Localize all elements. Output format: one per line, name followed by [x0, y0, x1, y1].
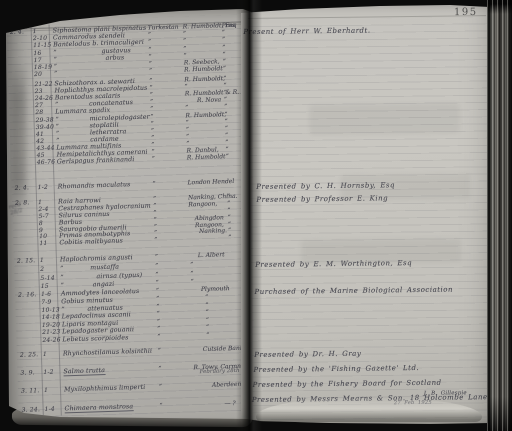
cell-source-subnote: February 28th: [199, 368, 239, 375]
right-page-content: Present of Herr W. Eberhardt.Presented b…: [248, 3, 495, 428]
cell-species-ditto: ”: [60, 265, 64, 272]
register-scan: 1924/5 recd 28/2 2. 4.1Siphostoma plani …: [0, 0, 512, 431]
acquisition-notes: Present of Herr W. Eberhardt.Presented b…: [248, 3, 490, 6]
cell-locality: ”: [156, 287, 159, 294]
cell-species-ditto: ”: [60, 274, 64, 281]
ink-bleed: [340, 173, 470, 201]
cell-locality: ”: [157, 333, 160, 340]
cell-number: 1: [43, 351, 47, 358]
cell-number: 28: [35, 109, 43, 116]
page-number-stamp: 195: [454, 7, 478, 18]
cell-gutter-ditto: ”: [223, 65, 226, 72]
cell-source: L. Albert: [198, 251, 225, 259]
cell-locality: ”: [156, 279, 159, 286]
cell-date: 3. 11.: [21, 387, 40, 395]
cell-locality: ”: [159, 402, 162, 409]
cell-locality: ”: [154, 236, 157, 243]
cell-species: Salmo trutta: [63, 367, 105, 376]
margin-shadow-smear: [12, 60, 26, 210]
cell-locality: ”: [149, 67, 152, 74]
cell-species: Haplochromis angusti: [60, 254, 133, 263]
cell-locality: ”: [158, 347, 161, 354]
cell-species-ditto: ”: [61, 282, 65, 289]
cell-locality: ”: [150, 105, 153, 112]
book-binding-edge: [487, 0, 512, 431]
cell-species: Rhynchostilamus kolsinthii: [63, 348, 152, 358]
cell-locality: ”: [159, 383, 162, 390]
book-gutter: [236, 0, 262, 431]
acquisition-note: Presented by Dr. H. Gray: [254, 350, 361, 359]
ruled-lines: [248, 17, 495, 424]
acquisition-note: Present of Herr W. Eberhardt.: [243, 27, 370, 37]
cell-number: 1-4: [45, 406, 55, 413]
cell-species: airnsa (typus): [96, 272, 142, 280]
cell-number: 11: [39, 240, 47, 247]
cell-species: Rhomandis maculatus: [58, 181, 131, 190]
cell-date: 2. 15.: [17, 257, 36, 265]
cell-locality: ”: [152, 180, 155, 187]
cell-source: ”: [191, 278, 194, 285]
cell-locality: ”: [152, 155, 155, 162]
cell-species: angazi: [93, 281, 115, 289]
cell-species: Gerlspagus frankinandi: [57, 156, 135, 165]
cell-source: ”: [205, 294, 208, 301]
cell-species: Myxilophthimus limperti: [64, 384, 146, 394]
cell-number: 5-14: [40, 275, 54, 282]
cell-source: — ?: [224, 400, 235, 407]
cell-number: 14-18: [42, 313, 61, 321]
cell-number: 1: [44, 387, 48, 394]
cell-number: 1-2: [38, 184, 48, 191]
ledger-rows: 2. 4.1Siphostoma plani bispinatusTurkest…: [6, 0, 252, 8]
cell-locality: ”: [158, 365, 161, 372]
cell-number: 24-26: [42, 336, 61, 344]
cell-date: 3. 24.: [22, 406, 41, 414]
cell-source: ”: [183, 37, 186, 44]
cell-species: ”: [54, 70, 58, 77]
cell-number: 20: [34, 71, 42, 78]
cell-number: 1: [40, 257, 44, 264]
cell-gutter-ditto: ”: [222, 36, 225, 43]
cell-number: 1-6: [41, 291, 51, 298]
cell-source: ”: [185, 104, 188, 111]
page-curl-highlight: [256, 398, 482, 422]
cell-number: 15: [41, 283, 49, 290]
cell-species: mustaffa: [90, 264, 119, 272]
note-signature: J. B. Gillespie: [424, 390, 467, 397]
cell-date: 2. 16.: [18, 291, 37, 299]
cell-gutter-ditto: ”: [228, 234, 231, 241]
cell-locality: ”: [156, 295, 159, 302]
left-page-content: 1924/5 recd 28/2 2. 4.1Siphostoma plani …: [6, 0, 265, 423]
cell-source: ”: [206, 332, 209, 339]
cell-number: 2: [40, 266, 44, 273]
cell-source: ”: [190, 270, 193, 277]
cell-locality: ”: [155, 262, 158, 269]
cell-number: 11-15: [33, 42, 52, 50]
cell-species: Lebetus scorpioides: [62, 334, 128, 343]
cell-locality: ”: [155, 253, 158, 260]
cell-number: 21-23: [42, 328, 61, 336]
cell-source: ”: [206, 309, 209, 316]
ink-bleed: [301, 238, 461, 264]
cell-locality: ”: [157, 325, 160, 332]
cell-locality: ”: [155, 271, 158, 278]
cell-source: R. Humboldt: [187, 153, 226, 161]
cell-source: R. Humboldt: [184, 65, 223, 73]
cell-number: 46-76: [37, 159, 56, 167]
cell-date: 3. 9.: [20, 369, 35, 376]
cell-number: 1-2: [43, 369, 53, 376]
cell-number: 7-9: [41, 299, 51, 306]
cell-gutter-ditto: ”: [226, 153, 229, 160]
year-mark: 1924/5: [11, 12, 38, 25]
cell-species: Cobitis maltbyanus: [59, 237, 123, 246]
cell-source: Plymouth: [201, 285, 230, 293]
cell-source: ”: [190, 261, 193, 268]
cell-source: ”: [206, 324, 209, 331]
cell-locality: ”: [148, 38, 151, 45]
cell-date: 2. 25.: [20, 351, 39, 359]
cell-locality: ”: [157, 310, 160, 317]
ink-bleed: [309, 103, 459, 135]
cell-source: London Hendel: [187, 178, 234, 186]
cell-gutter-ditto: ”: [224, 103, 227, 110]
